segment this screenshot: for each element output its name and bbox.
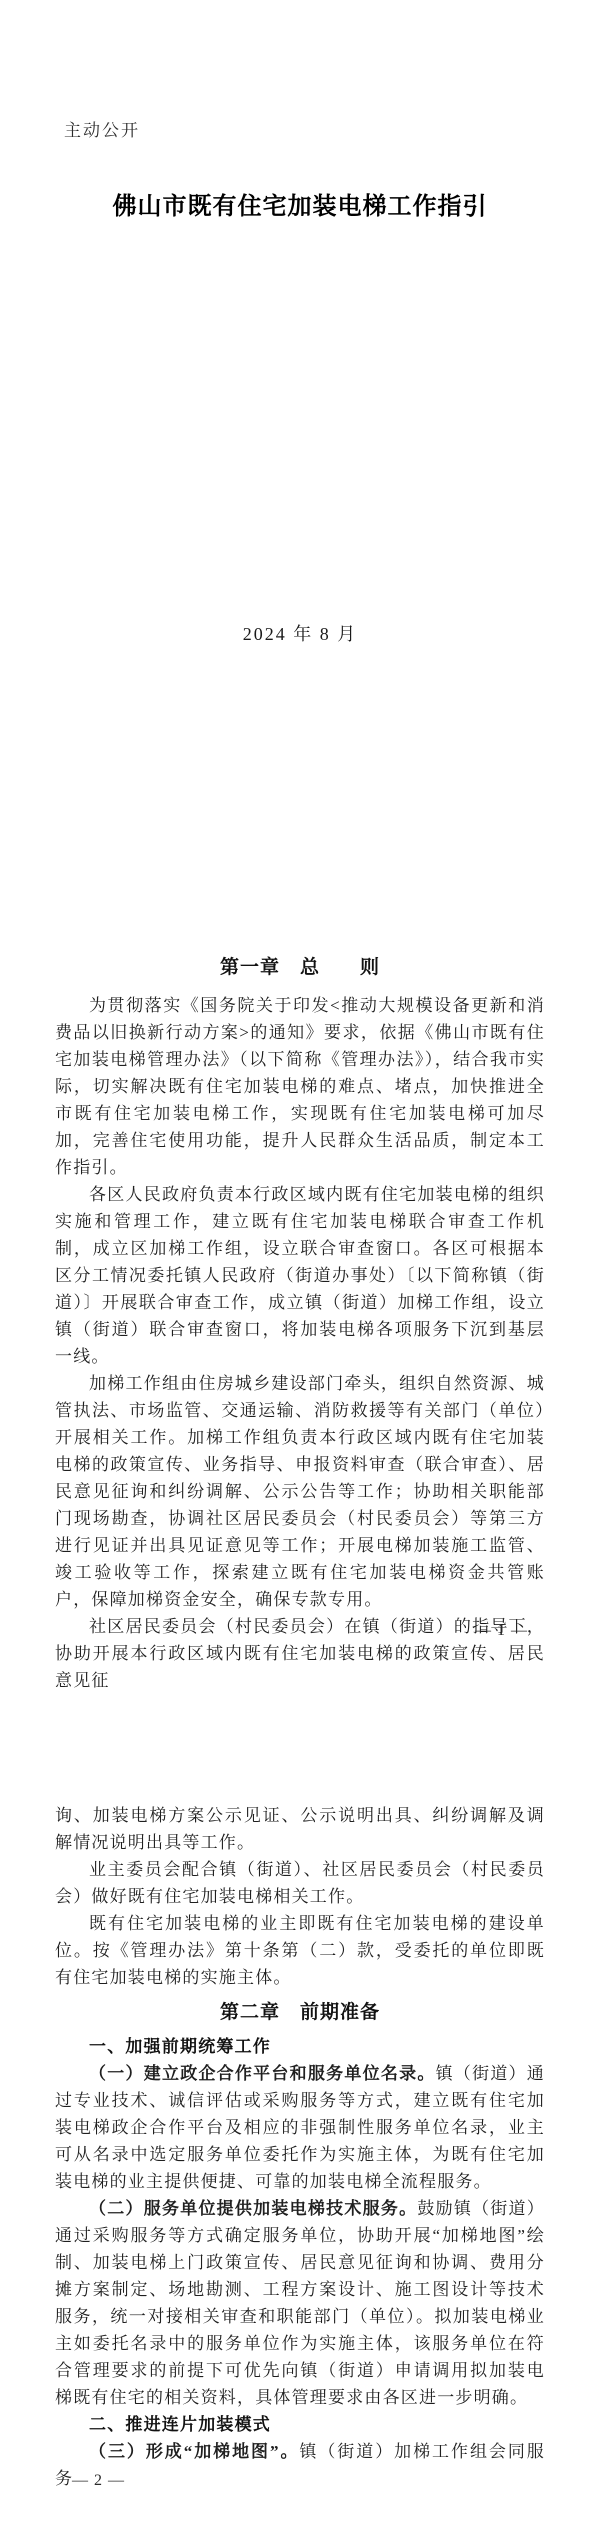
item-3-lead: （三）形成“加梯地图”。 — [89, 2442, 299, 2461]
paragraph-owners-committee: 业主委员会配合镇（街道）、社区居民委员会（村民委员会）做好既有住宅加装电梯相关工… — [55, 1856, 545, 1910]
document-title: 佛山市既有住宅加装电梯工作指引 — [0, 186, 600, 221]
paragraph-general-2: 各区人民政府负责本行政区域内既有住宅加装电梯的组织实施和管理工作，建立既有住宅加… — [55, 1181, 545, 1370]
item-paragraph-2: （二）服务单位提供加装电梯技术服务。鼓励镇（街道）通过采购服务等方式确定服务单位… — [55, 2195, 545, 2411]
item-paragraph-1: （一）建立政企合作平台和服务单位名录。镇（街道）通过专业技术、诚信评估或采购服务… — [55, 2060, 545, 2195]
section-heading-1: 一、加强前期统筹工作 — [55, 2033, 545, 2060]
paragraph-general-3: 加梯工作组由住房城乡建设部门牵头，组织自然资源、城管执法、市场监管、交通运输、消… — [55, 1370, 545, 1613]
item-paragraph-3: （三）形成“加梯地图”。镇（街道）加梯工作组会同服务 — [55, 2438, 545, 2492]
item-2-text: 鼓励镇（街道）通过采购服务等方式确定服务单位，协助开展“加梯地图”绘制、加装电梯… — [55, 2199, 545, 2407]
section-heading-2: 二、推进连片加装模式 — [55, 2411, 545, 2438]
chapter-1-heading: 第一章 总 则 — [55, 954, 545, 982]
paragraph-general-4: 社区居民委员会（村民委员会）在镇（街道）的指导下，协助开展本行政区域内既有住宅加… — [55, 1613, 545, 1694]
paragraph-construction-unit: 既有住宅加装电梯的业主即既有住宅加装电梯的建设单位。按《管理办法》第十条第（二）… — [55, 1910, 545, 1991]
paragraph-general-1: 为贯彻落实《国务院关于印发<推动大规模设备更新和消费品以旧换新行动方案>的通知》… — [55, 992, 545, 1181]
page-1-body: 第一章 总 则 为贯彻落实《国务院关于印发<推动大规模设备更新和消费品以旧换新行… — [55, 954, 545, 1694]
item-1-lead: （一）建立政企合作平台和服务单位名录。 — [89, 2064, 436, 2083]
page-2-body: 询、加装电梯方案公示见证、公示说明出具、纠纷调解及调解情况说明出具等工作。 业主… — [55, 1802, 545, 2492]
page-number-1: — 1 — — [475, 1622, 528, 1640]
document-canvas: 主动公开 佛山市既有住宅加装电梯工作指引 2024 年 8 月 第一章 总 则 … — [0, 0, 600, 2544]
classification-label: 主动公开 — [64, 116, 140, 141]
document-date: 2024 年 8 月 — [0, 620, 600, 646]
page-number-2: — 2 — — [72, 2472, 125, 2490]
item-1-text: 镇（街道）通过专业技术、诚信评估或采购服务等方式，建立既有住宅加装电梯政企合作平… — [55, 2064, 545, 2191]
item-2-lead: （二）服务单位提供加装电梯技术服务。 — [89, 2199, 417, 2218]
chapter-2-heading: 第二章 前期准备 — [55, 1999, 545, 2027]
continuation-paragraph: 询、加装电梯方案公示见证、公示说明出具、纠纷调解及调解情况说明出具等工作。 — [55, 1802, 545, 1856]
